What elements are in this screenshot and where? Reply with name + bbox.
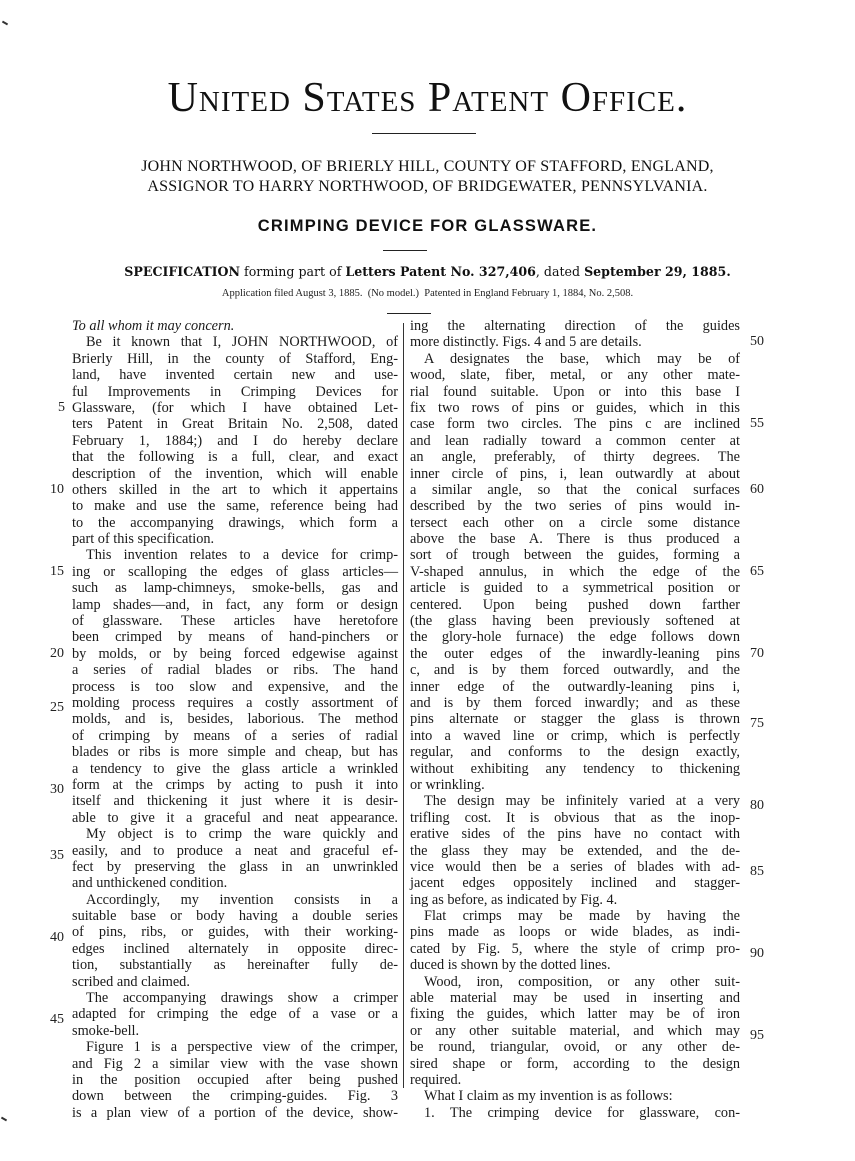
text-line: the glory-hole furnace) the edge follows… xyxy=(410,629,740,645)
line-number-40: 40 xyxy=(50,930,64,946)
text-line: fixing the guides, which latter may be o… xyxy=(410,1006,740,1022)
text-line: easily, and to produce a neat and gracef… xyxy=(72,843,398,859)
text-line: regular, and conforms to the design exac… xyxy=(410,744,740,760)
text-line: tion, substantially as hereinafter fully… xyxy=(72,957,398,973)
text-line: land, have invented certain new and use- xyxy=(72,367,398,383)
text-line: erative sides of the pins have no contac… xyxy=(410,826,740,842)
inventor-line-2: ASSIGNOR TO HARRY NORTHWOOD, OF BRIDGEWA… xyxy=(0,176,855,198)
text-line: to the accompanying drawings, which form… xyxy=(72,515,398,531)
text-line: and is by them forced inwardly; and as t… xyxy=(410,695,740,711)
right-column: ing the alternating direction of the gui… xyxy=(410,318,740,1121)
invention-title: CRIMPING DEVICE FOR GLASSWARE. xyxy=(0,217,855,236)
text-line: wood, slate, fiber, metal, or any other … xyxy=(410,367,740,383)
scan-artifact-bottom-left xyxy=(1,1117,7,1122)
text-line: an angle, preferably, of thirty degrees.… xyxy=(410,449,740,465)
text-line: Be it known that I, JOHN NORTHWOOD, of xyxy=(72,334,398,350)
invention-title-rule xyxy=(383,250,427,251)
line-number-85: 85 xyxy=(750,864,764,880)
text-line: The accompanying drawings show a crimper xyxy=(72,990,398,1006)
application-line: Application filed August 3, 1885. (No mo… xyxy=(0,288,855,299)
line-number-80: 80 xyxy=(750,798,764,814)
text-line: ful Improvements in Crimping Devices for xyxy=(72,384,398,400)
text-line: able to give it a graceful and neat appe… xyxy=(72,810,398,826)
text-line: suitable base or body having a double se… xyxy=(72,908,398,924)
text-line: pins alternate or stagger the glass is t… xyxy=(410,711,740,727)
text-line: be round, triangular, ovoid, or any othe… xyxy=(410,1039,740,1055)
salutation: To all whom it may concern. xyxy=(72,318,398,334)
text-line: molding process requires a costly assort… xyxy=(72,695,398,711)
text-line: and Fig 2 a similar view with the vase s… xyxy=(72,1056,398,1072)
application-filed: Application filed August 3, 1885. xyxy=(222,288,363,299)
text-line: form at the crimps by acting to push it … xyxy=(72,777,398,793)
text-line: edges inclined alternately in opposite d… xyxy=(72,941,398,957)
column-divider xyxy=(403,323,404,1088)
text-line: cated by Fig. 5, where the style of crim… xyxy=(410,941,740,957)
line-number-45: 45 xyxy=(50,1012,64,1028)
text-line: in the position occupied after being pus… xyxy=(72,1072,398,1088)
text-line: February 1, 1884;) and I do hereby decla… xyxy=(72,433,398,449)
line-number-60: 60 xyxy=(750,482,764,498)
text-line: and lean radially toward a common center… xyxy=(410,433,740,449)
line-number-70: 70 xyxy=(750,646,764,662)
text-line: a tendency to give the glass article a w… xyxy=(72,761,398,777)
text-line: the glass they may be extended, and the … xyxy=(410,843,740,859)
line-number-65: 65 xyxy=(750,564,764,580)
text-line: smoke-bell. xyxy=(72,1023,398,1039)
line-number-10: 10 xyxy=(50,482,64,498)
text-line: c, and is by them forced outwardly, and … xyxy=(410,662,740,678)
text-line: or any other suitable material, and whic… xyxy=(410,1023,740,1039)
text-line: others skilled in the art to which it ap… xyxy=(72,482,398,498)
text-line: above the base A. There is thus produced… xyxy=(410,531,740,547)
text-line: scribed and claimed. xyxy=(72,974,398,990)
text-line: Glassware, (for which I have obtained Le… xyxy=(72,400,398,416)
text-line: pins made as loops or wide blades, as in… xyxy=(410,924,740,940)
text-line: duced is shown by the dotted lines. xyxy=(410,957,740,973)
text-line: described by the two series of pins woul… xyxy=(410,498,740,514)
claims-intro: What I claim as my invention is as follo… xyxy=(410,1088,740,1104)
spec-rule xyxy=(387,313,431,314)
office-title: United States Patent Office. xyxy=(0,74,855,122)
text-line: been crimped by means of hand-pinchers o… xyxy=(72,629,398,645)
text-line: description of the invention, which will… xyxy=(72,466,398,482)
text-line: Figure 1 is a perspective view of the cr… xyxy=(72,1039,398,1055)
text-line: vice would then be a series of blades wi… xyxy=(410,859,740,875)
text-line: ing the alternating direction of the gui… xyxy=(410,318,740,334)
text-line: blades or ribs is more simple and cheap,… xyxy=(72,744,398,760)
left-column: To all whom it may concern. Be it known … xyxy=(72,318,398,1121)
text-line: more distinctly. Figs. 4 and 5 are detai… xyxy=(410,334,740,350)
text-line: lamp shades—and, in fact, any form or de… xyxy=(72,597,398,613)
text-line: sired shape or form, according to the de… xyxy=(410,1056,740,1072)
patent-date: September 29, 1885. xyxy=(584,264,731,279)
text-line: Brierly Hill, in the county of Stafford,… xyxy=(72,351,398,367)
foreign-patent: Patented in England February 1, 1884, No… xyxy=(424,288,633,299)
text-line: case form two circles. The pins c are in… xyxy=(410,416,740,432)
text-line: ing as before, as indicated by Fig. 4. xyxy=(410,892,740,908)
line-number-30: 30 xyxy=(50,782,64,798)
inventor-line-1: JOHN NORTHWOOD, OF BRIERLY HILL, COUNTY … xyxy=(0,156,855,178)
line-number-75: 75 xyxy=(750,716,764,732)
line-number-25: 25 xyxy=(50,700,64,716)
text-line: by molds, or by being forced edgewise ag… xyxy=(72,646,398,662)
text-line: part of this specification. xyxy=(72,531,398,547)
text-line: fect by preserving the glass in an unwri… xyxy=(72,859,398,875)
text-line: (the glass having been previously soften… xyxy=(410,613,740,629)
text-line: a similar angle, so that the conical sur… xyxy=(410,482,740,498)
scan-artifact-top-left xyxy=(2,21,8,26)
spec-text-2: , dated xyxy=(536,264,584,279)
text-line: of pins, ribs, or guides, with their wor… xyxy=(72,924,398,940)
text-line: ing or scalloping the edges of glass art… xyxy=(72,564,398,580)
line-number-90: 90 xyxy=(750,946,764,962)
title-rule xyxy=(372,133,476,134)
line-number-20: 20 xyxy=(50,646,64,662)
text-line: My object is to crimp the ware quickly a… xyxy=(72,826,398,842)
text-line: article is guided to a symmetrical posit… xyxy=(410,580,740,596)
text-line: Accordingly, my invention consists in a xyxy=(72,892,398,908)
text-line: is a plan view of a portion of the devic… xyxy=(72,1105,398,1121)
text-line: V-shaped annulus, in which the edge of t… xyxy=(410,564,740,580)
text-line: to make and use the same, reference bein… xyxy=(72,498,398,514)
text-line: able material may be used in inserting a… xyxy=(410,990,740,1006)
specification-label: SPECIFICATION xyxy=(124,264,240,279)
text-line: of glassware. These articles have hereto… xyxy=(72,613,398,629)
text-line: This invention relates to a device for c… xyxy=(72,547,398,563)
text-line: itself and thickening it just where it i… xyxy=(72,793,398,809)
line-number-5: 5 xyxy=(58,400,65,416)
model-note: (No model.) xyxy=(368,288,419,299)
line-number-35: 35 xyxy=(50,848,64,864)
text-line: into a waved line or crimp, which is per… xyxy=(410,728,740,744)
text-line: trifling cost. It is obvious that as the… xyxy=(410,810,740,826)
text-line: ters Patent in Great Britain No. 2,508, … xyxy=(72,416,398,432)
text-line: tersect each other on a circle some dist… xyxy=(410,515,740,531)
text-line: required. xyxy=(410,1072,740,1088)
text-line: that the following is a full, clear, and… xyxy=(72,449,398,465)
claim-1: 1. The crimping device for glassware, co… xyxy=(410,1105,740,1121)
text-line: of crimping by means of a series of radi… xyxy=(72,728,398,744)
text-line: jacent edges oppositely inclined and sta… xyxy=(410,875,740,891)
text-line: a series of radial blades or ribs. The h… xyxy=(72,662,398,678)
text-line: Wood, iron, composition, or any other su… xyxy=(410,974,740,990)
text-line: inner edge of the outwardly-leaning pins… xyxy=(410,679,740,695)
text-line: A designates the base, which may be of xyxy=(410,351,740,367)
text-line: fix two rows of pins or guides, which in… xyxy=(410,400,740,416)
text-line: molds, and is, besides, laborious. The m… xyxy=(72,711,398,727)
text-line: rial found suitable. Upon or into this b… xyxy=(410,384,740,400)
line-number-15: 15 xyxy=(50,564,64,580)
text-line: such as lamp-chimneys, smoke-bells, gas … xyxy=(72,580,398,596)
text-line: without exhibiting any tendency to thick… xyxy=(410,761,740,777)
text-line: or wrinkling. xyxy=(410,777,740,793)
text-line: The design may be infinitely varied at a… xyxy=(410,793,740,809)
text-line: sort of trough between the guides, formi… xyxy=(410,547,740,563)
line-number-95: 95 xyxy=(750,1028,764,1044)
specification-line: SPECIFICATION forming part of Letters Pa… xyxy=(0,264,855,279)
text-line: centered. Upon being pushed down farther xyxy=(410,597,740,613)
text-line: the outer edges of the inwardly-leaning … xyxy=(410,646,740,662)
spec-text-1: forming part of xyxy=(240,264,345,279)
line-number-50: 50 xyxy=(750,334,764,350)
text-line: adapted for crimping the edge of a vase … xyxy=(72,1006,398,1022)
text-line: inner circle of pins, i, lean outwardly … xyxy=(410,466,740,482)
text-line: process is too slow and expensive, and t… xyxy=(72,679,398,695)
text-line: Flat crimps may be made by having the xyxy=(410,908,740,924)
text-line: down between the crimping-guides. Fig. 3 xyxy=(72,1088,398,1104)
letters-patent-number: Letters Patent No. 327,406 xyxy=(345,264,536,279)
line-number-55: 55 xyxy=(750,416,764,432)
text-line: and unthickened condition. xyxy=(72,875,398,891)
